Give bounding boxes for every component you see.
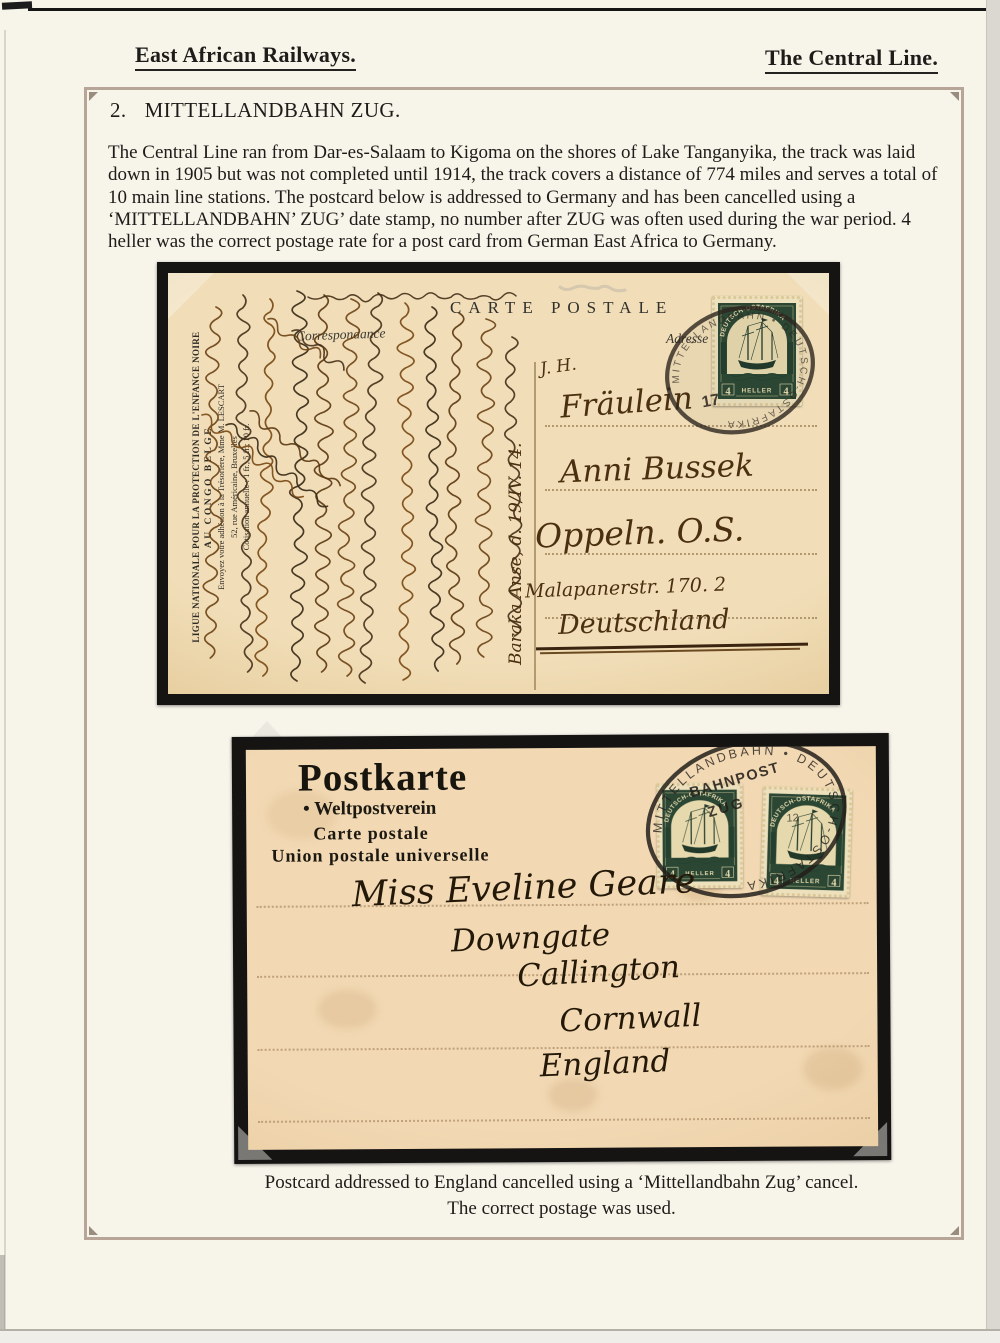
postmark-date: 12 bbox=[786, 812, 799, 824]
section-number: 2. bbox=[110, 98, 127, 122]
frame-corner-icon bbox=[89, 92, 98, 101]
upu-label: Union postale universelle bbox=[271, 844, 489, 866]
section-title: 2.MITTELLANDBAHN ZUG. bbox=[110, 98, 401, 123]
description-paragraph: The Central Line ran from Dar-es-Salaam … bbox=[108, 142, 956, 253]
postcard2: Postkarte • Weltpostverein Carte postale… bbox=[246, 746, 878, 1150]
handwriting-stroke bbox=[424, 307, 444, 671]
handwritten-address-line: Downgate bbox=[450, 917, 610, 959]
handwriting-stroke bbox=[255, 299, 275, 676]
frame-corner-icon bbox=[950, 1226, 959, 1235]
handwriting-stroke bbox=[236, 295, 253, 672]
postcard1-mount: CARTE POSTALE Correspondance Adresse LIG… bbox=[157, 262, 840, 705]
handwritten-address-line: England bbox=[539, 1043, 671, 1084]
handwriting-stroke bbox=[338, 299, 360, 676]
handwritten-dateline: Baraka Anse, d. 19/IV. 14. bbox=[506, 443, 526, 665]
album-page-scan: East African Railways. The Central Line.… bbox=[0, 0, 1000, 1343]
caption-line2: The correct postage was used. bbox=[233, 1196, 890, 1222]
handwriting-stroke bbox=[222, 419, 333, 510]
handwriting-stroke bbox=[446, 313, 465, 664]
handwritten-country: Deutschland bbox=[558, 604, 731, 641]
carte-postale-label: Carte postale bbox=[313, 823, 429, 845]
stain bbox=[317, 989, 377, 1029]
postkarte-heading: Postkarte bbox=[298, 755, 468, 801]
weltpostverein-label: • Weltpostverein bbox=[303, 798, 436, 821]
caption: Postcard addressed to England cancelled … bbox=[233, 1170, 890, 1222]
postcard2-mount: Postkarte • Weltpostverein Carte postale… bbox=[232, 733, 892, 1164]
frame-corner-icon bbox=[89, 1226, 98, 1235]
header-left: East African Railways. bbox=[135, 42, 356, 71]
scan-edge-right bbox=[986, 0, 1000, 1343]
frame-corner-icon bbox=[950, 92, 959, 101]
handwritten-address-line: Anni Bussek bbox=[559, 448, 754, 491]
stain bbox=[803, 1046, 863, 1090]
handwriting-stroke bbox=[308, 293, 516, 302]
postcard1: CARTE POSTALE Correspondance Adresse LIG… bbox=[168, 273, 829, 694]
postmark-day: 17 bbox=[700, 391, 721, 411]
handwriting-stroke bbox=[560, 286, 625, 291]
handwritten-address-line: Callington bbox=[516, 949, 681, 994]
handwriting-stroke bbox=[397, 303, 415, 680]
postmark-mittellandbahn: MITTELLANDBAHN • DEUTSCH-OSTAFRIKA 17 bbox=[655, 290, 825, 450]
scan-edge-left bbox=[4, 30, 6, 1343]
scan-edge-bottom-line bbox=[0, 1329, 1000, 1331]
address-rule bbox=[258, 1117, 870, 1123]
handwritten-address-line: Cornwall bbox=[559, 998, 702, 1040]
scan-edge-bottom bbox=[0, 1331, 1000, 1343]
handwritten-address-line: Oppeln. O.S. bbox=[534, 509, 744, 555]
caption-line1: Postcard addressed to England cancelled … bbox=[233, 1170, 890, 1196]
handwriting-stroke bbox=[359, 293, 382, 683]
header-right: The Central Line. bbox=[765, 45, 938, 74]
section-title-text: MITTELLANDBAHN ZUG. bbox=[145, 98, 401, 122]
handwriting-stroke bbox=[203, 307, 222, 658]
scan-edge-top bbox=[28, 8, 988, 11]
handwriting-stroke bbox=[475, 319, 495, 657]
postmark-zug: ZUG bbox=[706, 795, 747, 821]
